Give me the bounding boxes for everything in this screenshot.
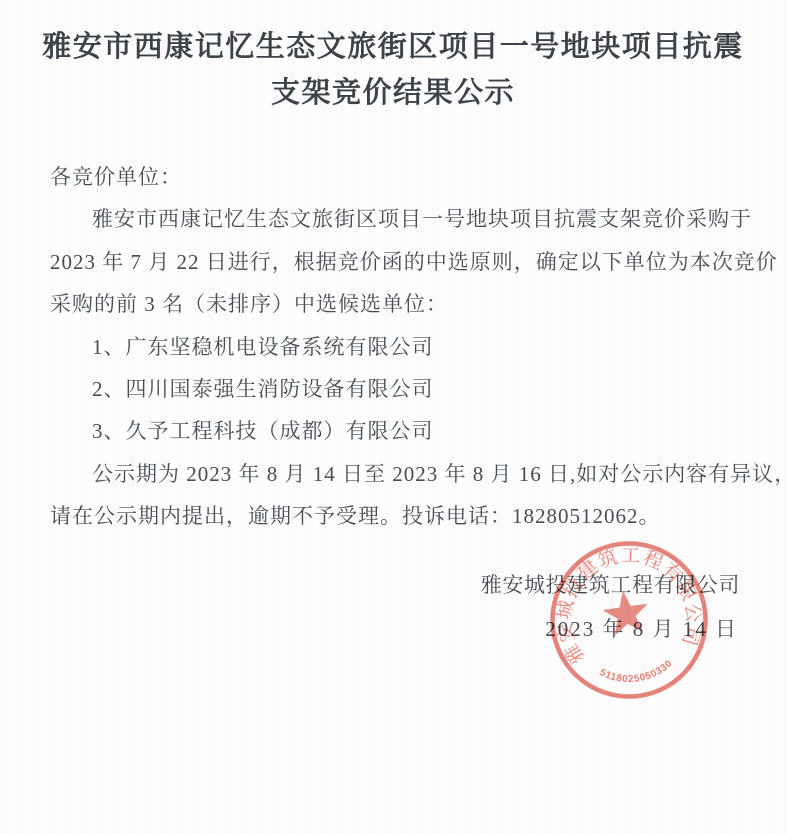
title-line-1: 雅安市西康记忆生态文旅街区项目一号地块项目抗震 <box>0 24 786 70</box>
paragraph1-line3: 采购的前 3 名（未排序）中选候选单位： <box>50 283 742 325</box>
paragraph2-line1: 公示期为 2023 年 8 月 14 日至 2023 年 8 月 16 日,如对… <box>50 453 742 495</box>
paragraph1-line1: 雅安市西康记忆生态文旅街区项目一号地块项目抗震支架竞价采购于 <box>50 198 742 240</box>
winner-item-3: 3、久予工程科技（成都）有限公司 <box>50 410 742 452</box>
stamp-serial-text: 5118025050330 <box>596 657 676 690</box>
winner-item-2: 2、四川国泰强生消防设备有限公司 <box>50 368 742 410</box>
winner-item-1: 1、广东坚稳机电设备系统有限公司 <box>50 326 742 368</box>
signature-company: 雅安城投建筑工程有限公司 <box>481 563 740 607</box>
paragraph1-line2: 2023 年 7 月 22 日进行，根据竞价函的中选原则，确定以下单位为本次竞价 <box>50 241 742 283</box>
announcement-page: 雅安市西康记忆生态文旅街区项目一号地块项目抗震 支架竞价结果公示 各竞价单位： … <box>0 0 786 834</box>
salutation: 各竞价单位： <box>50 156 742 198</box>
document-title: 雅安市西康记忆生态文旅街区项目一号地块项目抗震 支架竞价结果公示 <box>0 24 786 116</box>
signature-date: 2023 年 8 月 14 日 <box>481 607 740 651</box>
signature-block: 雅安城投建筑工程有限公司 2023 年 8 月 14 日 <box>481 563 740 651</box>
document-body: 各竞价单位： 雅安市西康记忆生态文旅街区项目一号地块项目抗震支架竞价采购于 20… <box>50 156 742 538</box>
svg-text:5118025050330: 5118025050330 <box>596 657 676 690</box>
paragraph2-line2: 请在公示期内提出，逾期不予受理。投诉电话：18280512062。 <box>50 495 742 537</box>
title-line-2: 支架竞价结果公示 <box>0 70 786 116</box>
